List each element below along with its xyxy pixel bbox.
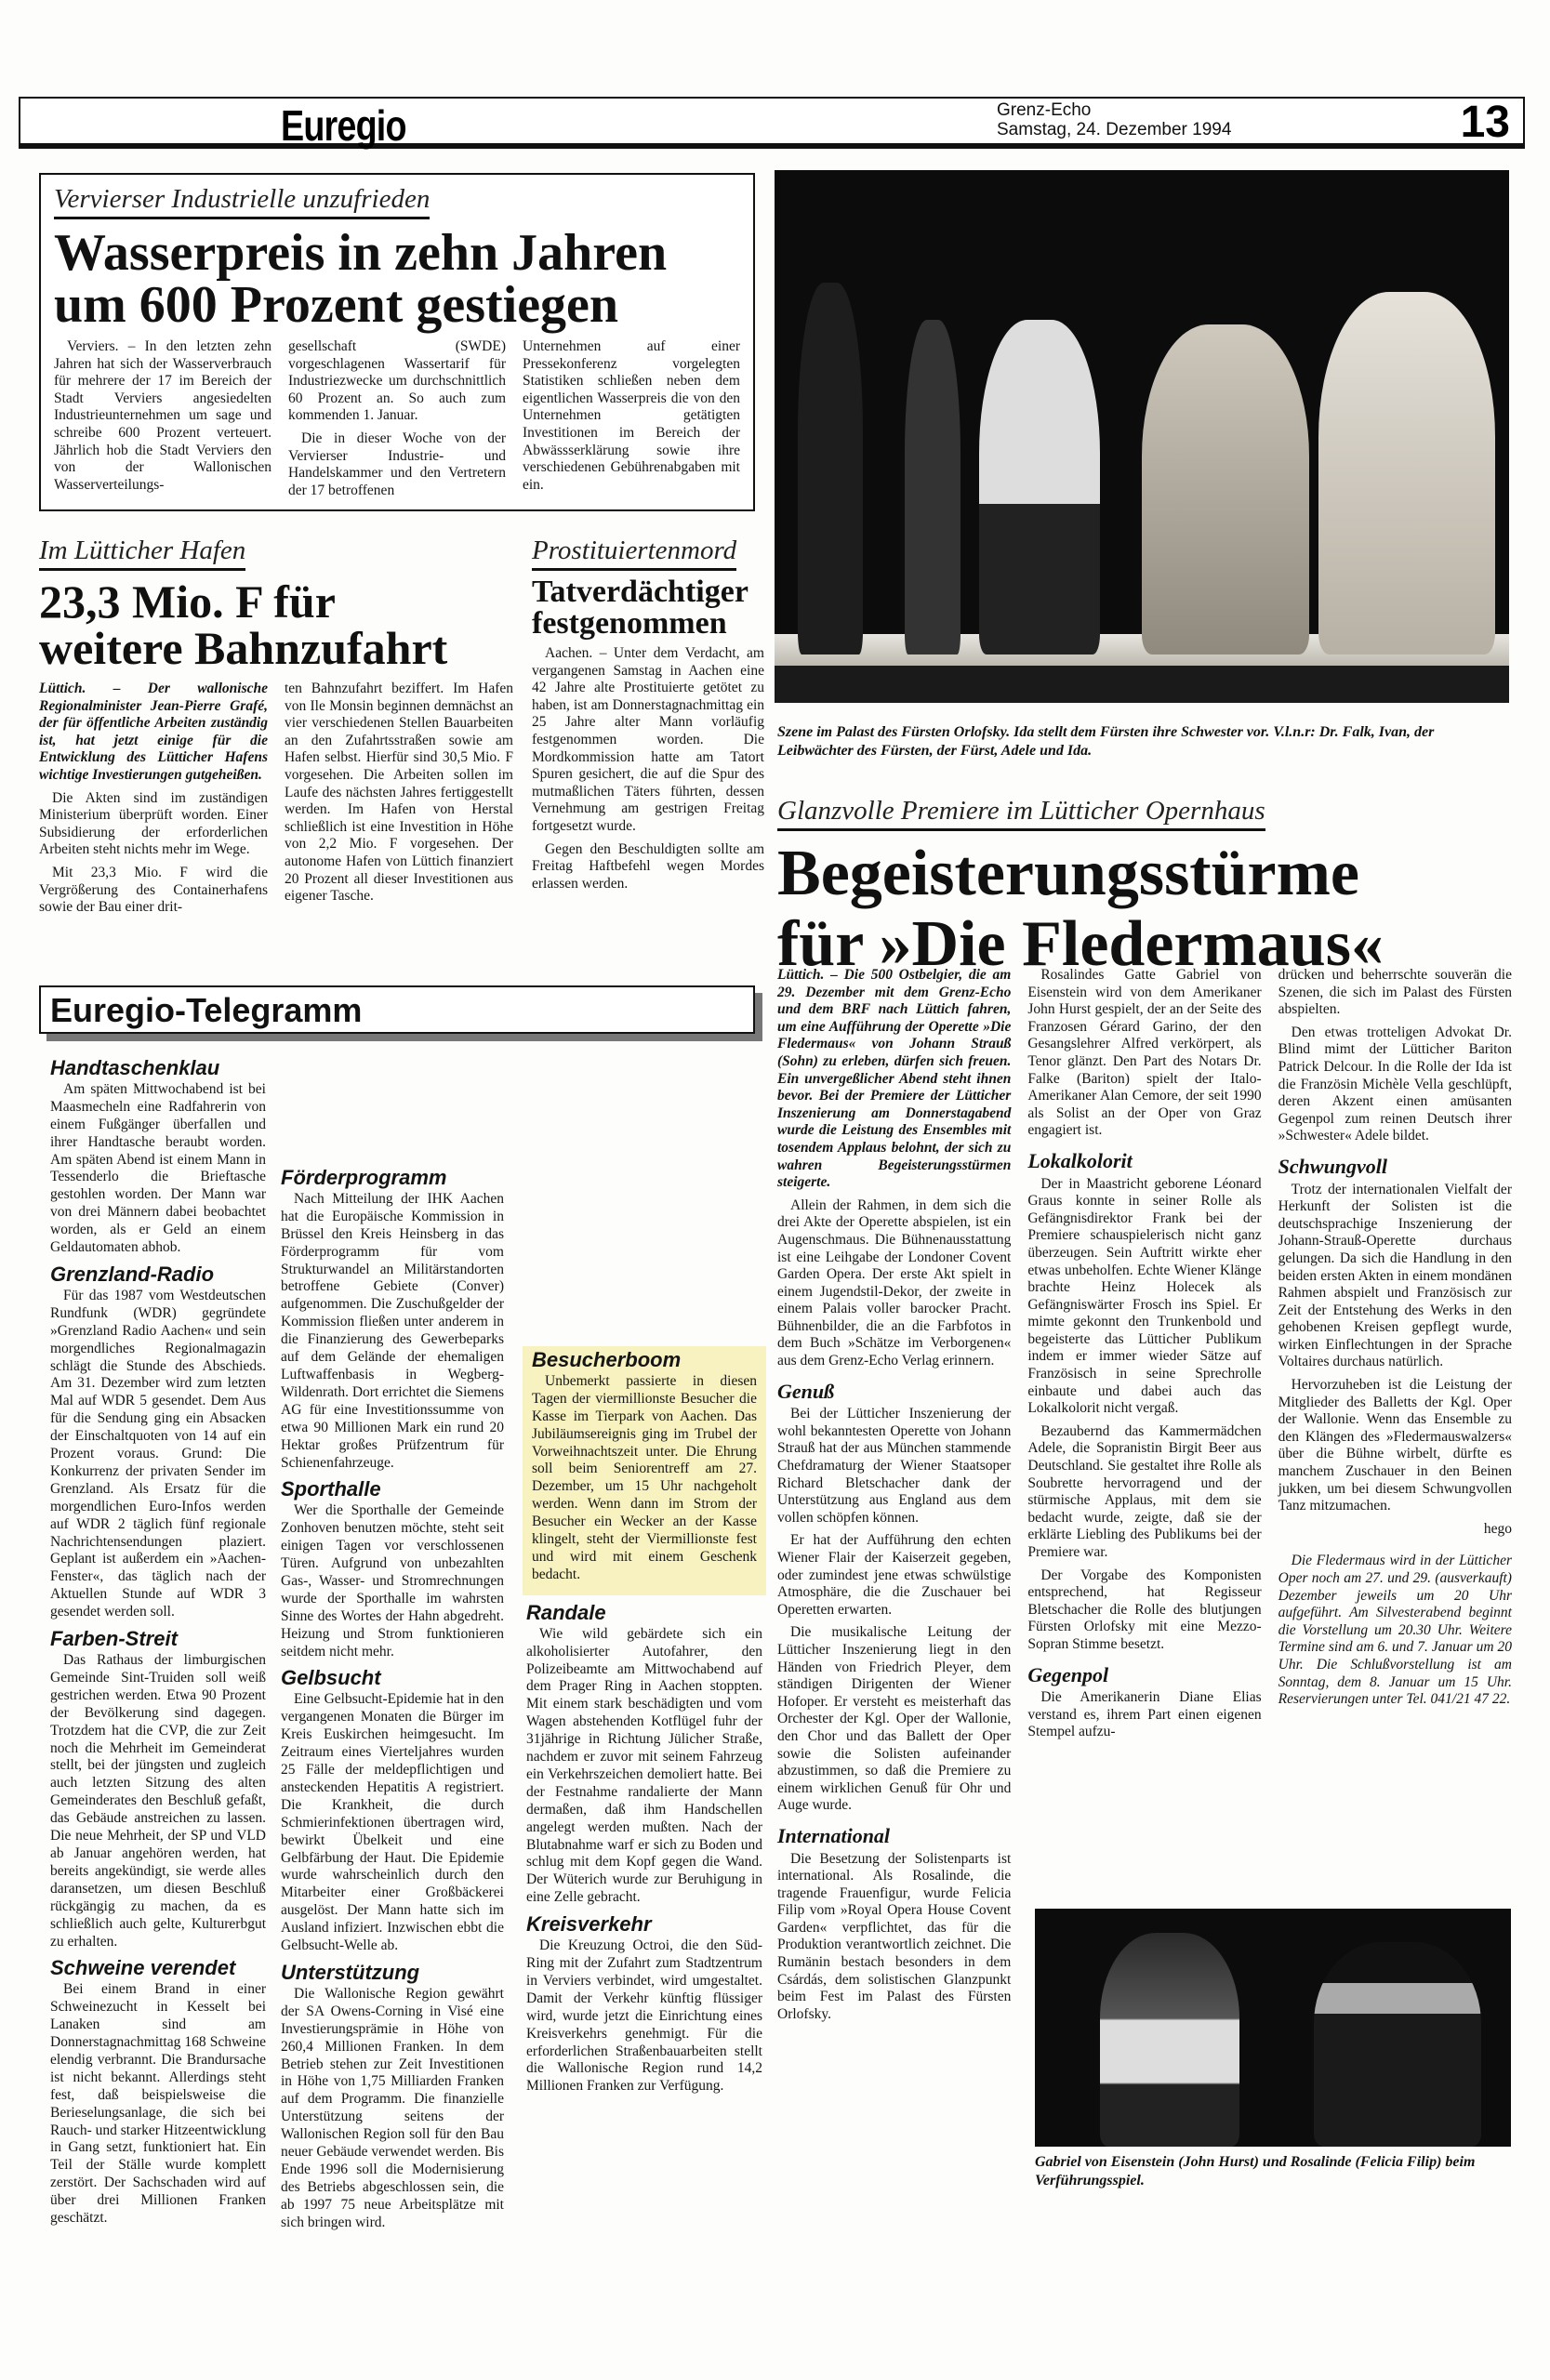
article-headline: 23,3 Mio. F für weitere Bahnzufahrt bbox=[39, 578, 513, 671]
paper-info: Grenz-Echo Samstag, 24. Dezember 1994 bbox=[997, 100, 1231, 139]
article-body: Lüttich. – Der wallonische Regionalminis… bbox=[39, 681, 513, 922]
telegramm-item-title: Handtaschenklau bbox=[50, 1060, 266, 1078]
performance-info: Die Fledermaus wird in der Lütticher Ope… bbox=[1278, 1553, 1512, 1708]
telegramm-item-title: Gelbsucht bbox=[281, 1670, 504, 1687]
article-kicker: Prostituiertenmord bbox=[532, 535, 736, 571]
telegramm-column-1: Handtaschenklau Am späten Mittwochabend … bbox=[50, 1051, 266, 2231]
telegramm-item-title: Grenzland-Radio bbox=[50, 1266, 266, 1284]
subheading: International bbox=[777, 1828, 1011, 1845]
telegramm-column-2: Förderprogramm Nach Mitteilung der IHK A… bbox=[281, 1058, 504, 2236]
article-kicker: Vervierser Industrielle unzufrieden bbox=[54, 184, 430, 219]
telegramm-item-title: Schweine verendet bbox=[50, 1960, 266, 1977]
masthead: Euregio Grenz-Echo Samstag, 24. Dezember… bbox=[19, 97, 1525, 149]
stage-edge bbox=[775, 666, 1509, 703]
telegramm-item-title: Unterstützung bbox=[281, 1964, 504, 1982]
telegramm-item-title: Sporthalle bbox=[281, 1481, 504, 1499]
telegramm-column-3: Besucherboom Unbemerkt passierte in dies… bbox=[526, 1339, 762, 2099]
figure-adele bbox=[1142, 324, 1309, 654]
figure-ivan bbox=[905, 320, 960, 654]
byline: hego bbox=[1278, 1521, 1512, 1539]
figure-eisenstein bbox=[1100, 1933, 1239, 2147]
article-murder: Prostituiertenmord Tatverdächtiger festg… bbox=[532, 535, 764, 898]
figure-falk bbox=[798, 283, 863, 654]
article-opera: Glanzvolle Premiere im Lütticher Opernha… bbox=[777, 796, 1512, 989]
telegramm-header: Euregio-Telegramm bbox=[39, 985, 755, 1034]
telegramm-item-title: Kreisverkehr bbox=[526, 1916, 762, 1934]
article-headline: Wasserpreis in zehn Jahren um 600 Prozen… bbox=[54, 227, 740, 331]
article-water: Vervierser Industrielle unzufrieden Wass… bbox=[39, 173, 755, 511]
telegramm-item-title: Besucherboom bbox=[532, 1352, 757, 1369]
section-title: Euregio bbox=[281, 100, 406, 151]
article-port: Im Lütticher Hafen 23,3 Mio. F für weite… bbox=[39, 535, 513, 922]
telegramm-item-title: Randale bbox=[526, 1605, 762, 1622]
photo-caption: Szene im Palast des Fürsten Orlofsky. Id… bbox=[777, 723, 1512, 760]
article-body: Verviers. – In den letzten zehn Jahren h… bbox=[54, 338, 740, 505]
opera-stage-photo bbox=[775, 170, 1509, 703]
figure-ida bbox=[1318, 292, 1495, 654]
page-number: 13 bbox=[1461, 97, 1510, 148]
highlighted-item: Besucherboom Unbemerkt passierte in dies… bbox=[523, 1346, 766, 1595]
subheading: Lokalkolorit bbox=[1027, 1153, 1261, 1170]
article-kicker: Im Lütticher Hafen bbox=[39, 535, 245, 571]
paper-name: Grenz-Echo bbox=[997, 100, 1231, 120]
subheading: Genuß bbox=[777, 1383, 1011, 1401]
telegramm-item-title: Farben-Streit bbox=[50, 1631, 266, 1648]
subheading: Gegenpol bbox=[1027, 1667, 1261, 1685]
figure-prince bbox=[979, 320, 1100, 654]
article-opera-body: Lüttich. – Die 500 Ostbelgier, die am 29… bbox=[777, 967, 1512, 1897]
figure-rosalinde bbox=[1314, 1942, 1481, 2147]
article-headline: Tatverdächtiger festgenommen bbox=[532, 576, 764, 640]
telegramm-title: Euregio-Telegramm bbox=[50, 991, 362, 1030]
photo-caption: Gabriel von Eisenstein (John Hurst) und … bbox=[1035, 2153, 1514, 2190]
article-body: Aachen. – Unter dem Verdacht, am vergang… bbox=[532, 645, 764, 892]
subheading: Schwungvoll bbox=[1278, 1158, 1512, 1176]
telegramm-item-title: Förderprogramm bbox=[281, 1170, 504, 1187]
eisenstein-rosalinde-photo bbox=[1035, 1909, 1511, 2147]
issue-date: Samstag, 24. Dezember 1994 bbox=[997, 120, 1231, 139]
article-kicker: Glanzvolle Premiere im Lütticher Opernha… bbox=[777, 796, 1265, 831]
article-headline: Begeisterungsstürme für »Die Fledermaus« bbox=[777, 839, 1512, 980]
